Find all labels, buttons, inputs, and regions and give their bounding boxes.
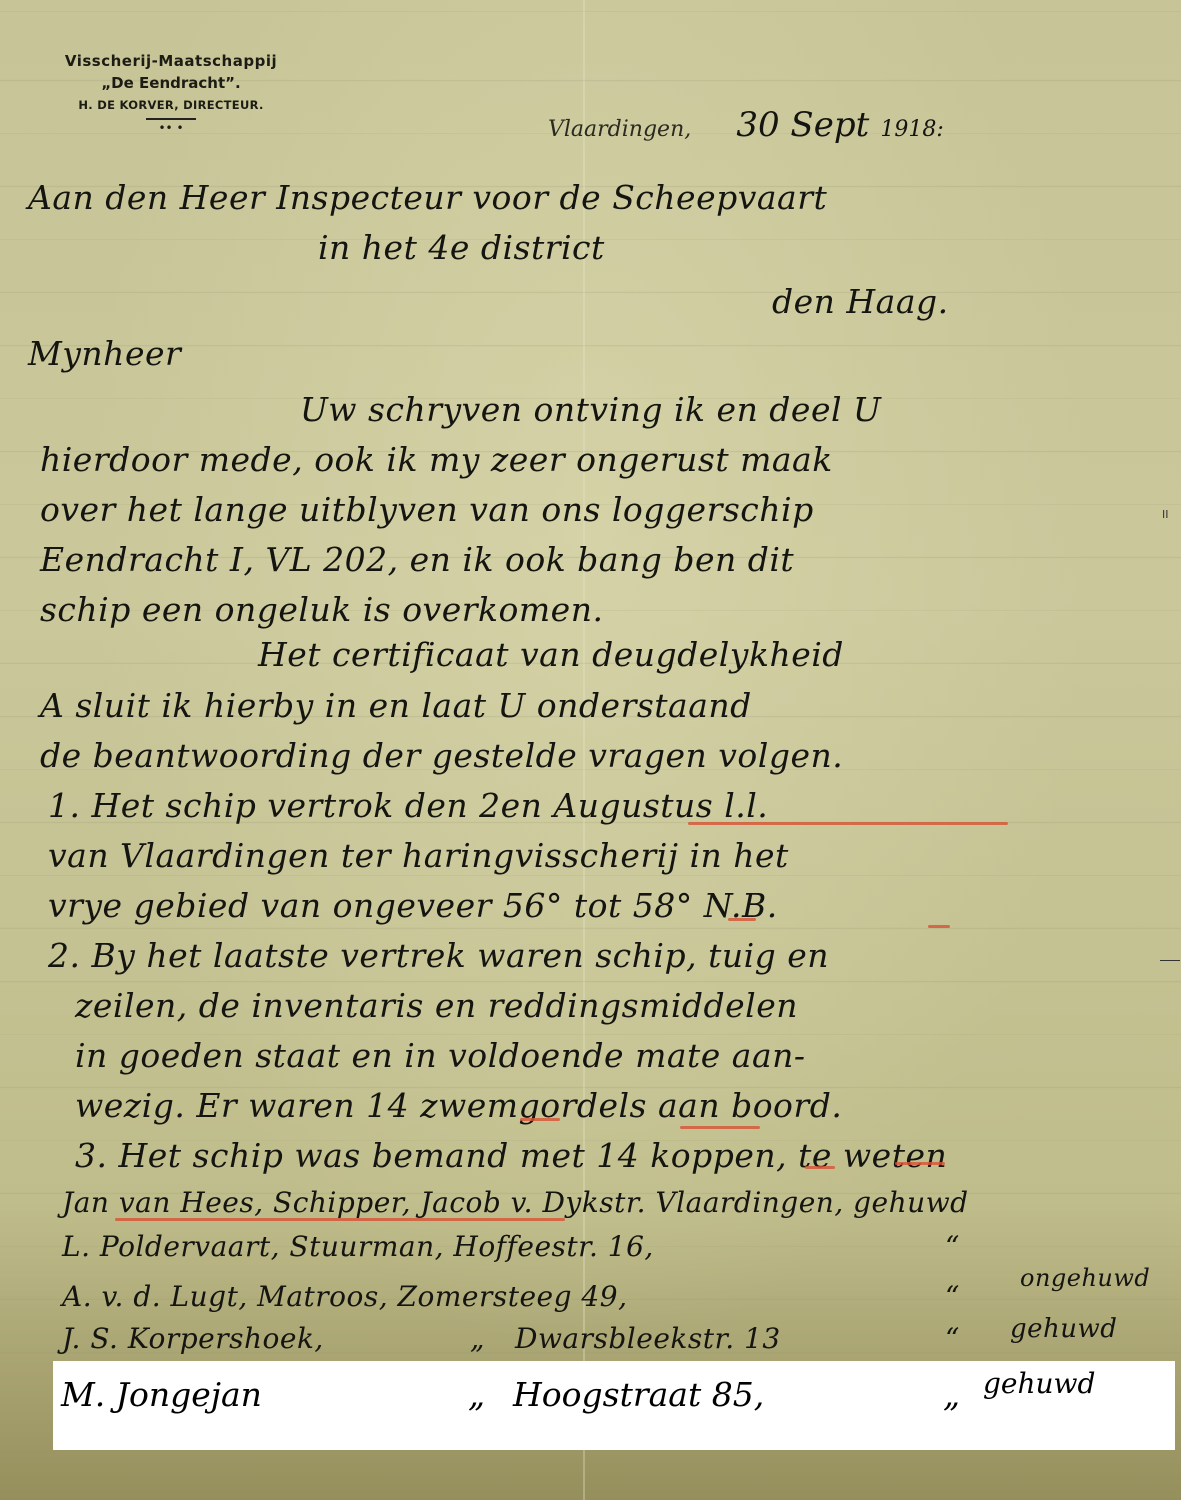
- margin-mark: II: [1162, 508, 1169, 521]
- patch-name: M. Jongejan: [61, 1375, 262, 1414]
- red-underline: [928, 925, 950, 928]
- year: 1918:: [880, 117, 943, 142]
- letterhead-name: „De Eendracht”.: [30, 74, 312, 92]
- patch-address: Hoogstraat 85,: [513, 1375, 764, 1414]
- crew-row-4-ditto-2: “: [945, 1322, 960, 1355]
- body-line: Eendracht I, VL 202, en ik ook bang ben …: [40, 540, 794, 579]
- body-line: vrye gebied van ongeveer 56° tot 58° N.B…: [48, 886, 778, 925]
- body-line: hierdoor mede, ook ik my zeer ongerust m…: [40, 440, 833, 479]
- patch-ditto: „: [468, 1375, 485, 1414]
- dateline: Vlaardingen, 30 Sept 1918:: [548, 105, 944, 145]
- address-line-3: den Haag.: [772, 282, 949, 321]
- red-underline: [680, 1126, 760, 1129]
- crew-row-3: A. v. d. Lugt, Matroos, Zomersteeg 49,: [62, 1280, 627, 1313]
- salutation: Mynheer: [28, 334, 181, 373]
- margin-rule: [1160, 960, 1180, 967]
- crew-row-1: Jan van Hees, Schipper, Jacob v. Dykstr.…: [62, 1186, 969, 1219]
- letterhead-director: H. DE KORVER, DIRECTEUR.: [30, 98, 312, 112]
- crew-row-2-ditto: “: [945, 1230, 960, 1263]
- place: Vlaardingen,: [548, 117, 691, 142]
- letterhead-company: Visscherij-Maatschappij: [30, 52, 312, 70]
- address-line-1: Aan den Heer Inspecteur voor de Scheepva…: [28, 178, 827, 217]
- pasted-patch: M. Jongejan „ Hoogstraat 85, „ gehuwd: [53, 1361, 1175, 1450]
- body-line: schip een ongeluk is overkomen.: [40, 590, 603, 629]
- crew-row-4-ditto: „: [470, 1322, 485, 1355]
- body-line: Uw schryven ontving ik en deel U: [300, 390, 881, 429]
- crew-row-4-address: Dwarsbleekstr. 13: [515, 1322, 781, 1355]
- body-line: over het lange uitblyven van ons loggers…: [40, 490, 814, 529]
- date: 30 Sept: [736, 105, 869, 145]
- body-line: in goeden staat en in voldoende mate aan…: [75, 1036, 806, 1075]
- address-line-2: in het 4e district: [318, 228, 605, 267]
- crew-row-3-ditto: “: [945, 1280, 960, 1313]
- body-line: 2. By het laatste vertrek waren schip, t…: [48, 936, 829, 975]
- letterhead-ornament-icon: •• •: [146, 118, 196, 134]
- crew-row-3-status: ongehuwd: [1020, 1264, 1150, 1292]
- crew-row-4-name: J. S. Korpershoek,: [62, 1322, 324, 1355]
- red-underline: [688, 822, 1008, 825]
- red-underline: [520, 1118, 560, 1121]
- red-underline: [805, 1166, 835, 1169]
- crew-row-2: L. Poldervaart, Stuurman, Hoffeestr. 16,: [62, 1230, 654, 1263]
- body-line: de beantwoording der gestelde vragen vol…: [40, 736, 843, 775]
- patch-status: gehuwd: [983, 1367, 1095, 1400]
- body-line: zeilen, de inventaris en reddingsmiddele…: [75, 986, 798, 1025]
- body-line: 1. Het schip vertrok den 2en Augustus l.…: [48, 786, 768, 825]
- body-line: van Vlaardingen ter haringvisscherij in …: [48, 836, 789, 875]
- letterhead: Visscherij-Maatschappij „De Eendracht”. …: [30, 52, 312, 134]
- body-line: A sluit ik hierby in en laat U onderstaa…: [40, 686, 752, 725]
- patch-ditto-2: „: [943, 1375, 960, 1414]
- body-line: wezig. Er waren 14 zwemgordels aan boord…: [75, 1086, 842, 1125]
- red-underline: [895, 1162, 945, 1165]
- red-underline: [115, 1218, 565, 1221]
- crew-row-4-status: gehuwd: [1010, 1314, 1117, 1344]
- body-line: 3. Het schip was bemand met 14 koppen, t…: [75, 1136, 947, 1175]
- red-underline: [728, 918, 756, 921]
- body-line: Het certificaat van deugdelykheid: [258, 635, 844, 674]
